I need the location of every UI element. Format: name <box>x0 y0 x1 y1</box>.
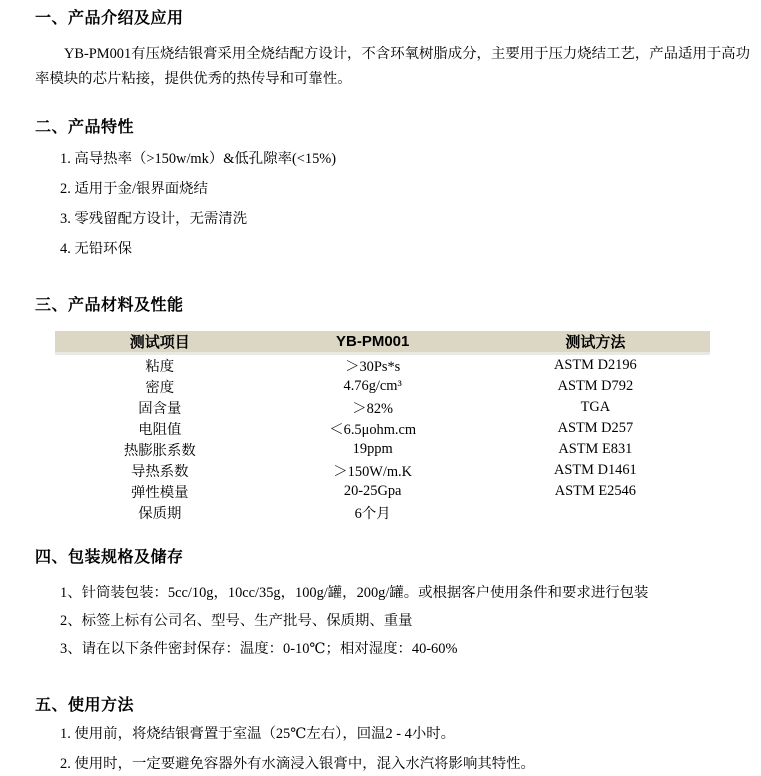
cell-property: 电阻值 <box>55 418 265 439</box>
cell-value: 6个月 <box>265 502 481 523</box>
section-heading-materials: 三、产品材料及性能 <box>35 296 747 316</box>
section-heading-features: 二、产品特性 <box>35 118 747 138</box>
cell-value: ＞150W/m.K <box>265 460 481 481</box>
spec-table: 测试项目 YB-PM001 测试方法 粘度 ＞30Ps*s ASTM D2196… <box>55 331 710 523</box>
table-row-viscosity: 粘度 ＞30Ps*s ASTM D2196 <box>55 354 710 377</box>
table-row-solid-content: 固含量 ＞82% TGA <box>55 397 710 418</box>
cell-property: 热膨胀系数 <box>55 439 265 460</box>
col-header-test-method: 测试方法 <box>481 331 710 354</box>
packaging-item-3: 3、请在以下条件密封保存：温度：0-10℃；相对湿度：40-60% <box>60 641 747 658</box>
intro-paragraph-line-2: 率模块的芯片粘接，提供优秀的热传导和可靠性。 <box>35 67 747 92</box>
col-header-test-item: 测试项目 <box>55 331 265 354</box>
table-row-resistance: 电阻值 ＜6.5μohm.cm ASTM D257 <box>55 418 710 439</box>
cell-method: ASTM D1461 <box>481 460 710 481</box>
cell-value: 4.76g/cm³ <box>265 376 481 397</box>
cell-property: 密度 <box>55 376 265 397</box>
table-row-thermal-conductivity: 导热系数 ＞150W/m.K ASTM D1461 <box>55 460 710 481</box>
cell-property: 弹性模量 <box>55 481 265 502</box>
section-heading-intro: 一、产品介绍及应用 <box>35 9 747 29</box>
cell-value: ＞30Ps*s <box>265 354 481 377</box>
col-header-product-model: YB-PM001 <box>265 331 481 354</box>
feature-item-3: 3. 零残留配方设计，无需清洗 <box>60 211 747 228</box>
intro-paragraph-line-1: YB-PM001有压烧结银膏采用全烧结配方设计，不含环氧树脂成分，主要用于压力烧… <box>35 42 747 67</box>
cell-property: 导热系数 <box>55 460 265 481</box>
feature-item-1: 1. 高导热率（>150w/mk）&低孔隙率(<15%) <box>60 151 747 168</box>
cell-method: ASTM D792 <box>481 376 710 397</box>
cell-property: 粘度 <box>55 354 265 377</box>
usage-item-2: 2. 使用时，一定要避免容器外有水滴浸入银膏中，混入水汽将影响其特性。 <box>60 756 747 773</box>
cell-property: 固含量 <box>55 397 265 418</box>
table-row-cte: 热膨胀系数 19ppm ASTM E831 <box>55 439 710 460</box>
cell-method: ASTM E2546 <box>481 481 710 502</box>
cell-method: ASTM D2196 <box>481 354 710 377</box>
cell-method: TGA <box>481 397 710 418</box>
packaging-item-1: 1、针筒装包装：5cc/10g，10cc/35g，100g/罐，200g/罐。或… <box>60 585 747 602</box>
cell-method <box>481 502 710 523</box>
feature-item-2: 2. 适用于金/银界面烧结 <box>60 181 747 198</box>
table-row-shelf-life: 保质期 6个月 <box>55 502 710 523</box>
product-datasheet-page: 一、产品介绍及应用 YB-PM001有压烧结银膏采用全烧结配方设计，不含环氧树脂… <box>0 0 761 776</box>
section-heading-usage: 五、使用方法 <box>35 696 747 716</box>
table-row-elastic-modulus: 弹性模量 20-25Gpa ASTM E2546 <box>55 481 710 502</box>
cell-value: ＜6.5μohm.cm <box>265 418 481 439</box>
cell-method: ASTM E831 <box>481 439 710 460</box>
spec-table-header-row: 测试项目 YB-PM001 测试方法 <box>55 331 710 354</box>
table-row-density: 密度 4.76g/cm³ ASTM D792 <box>55 376 710 397</box>
cell-method: ASTM D257 <box>481 418 710 439</box>
packaging-item-2: 2、标签上标有公司名、型号、生产批号、保质期、重量 <box>60 613 747 630</box>
cell-value: 20-25Gpa <box>265 481 481 502</box>
cell-value: 19ppm <box>265 439 481 460</box>
feature-item-4: 4. 无铅环保 <box>60 241 747 258</box>
cell-value: ＞82% <box>265 397 481 418</box>
usage-item-1: 1. 使用前，将烧结银膏置于室温（25℃左右），回温2 - 4小时。 <box>60 726 747 743</box>
cell-property: 保质期 <box>55 502 265 523</box>
section-heading-packaging: 四、包装规格及储存 <box>35 548 747 568</box>
